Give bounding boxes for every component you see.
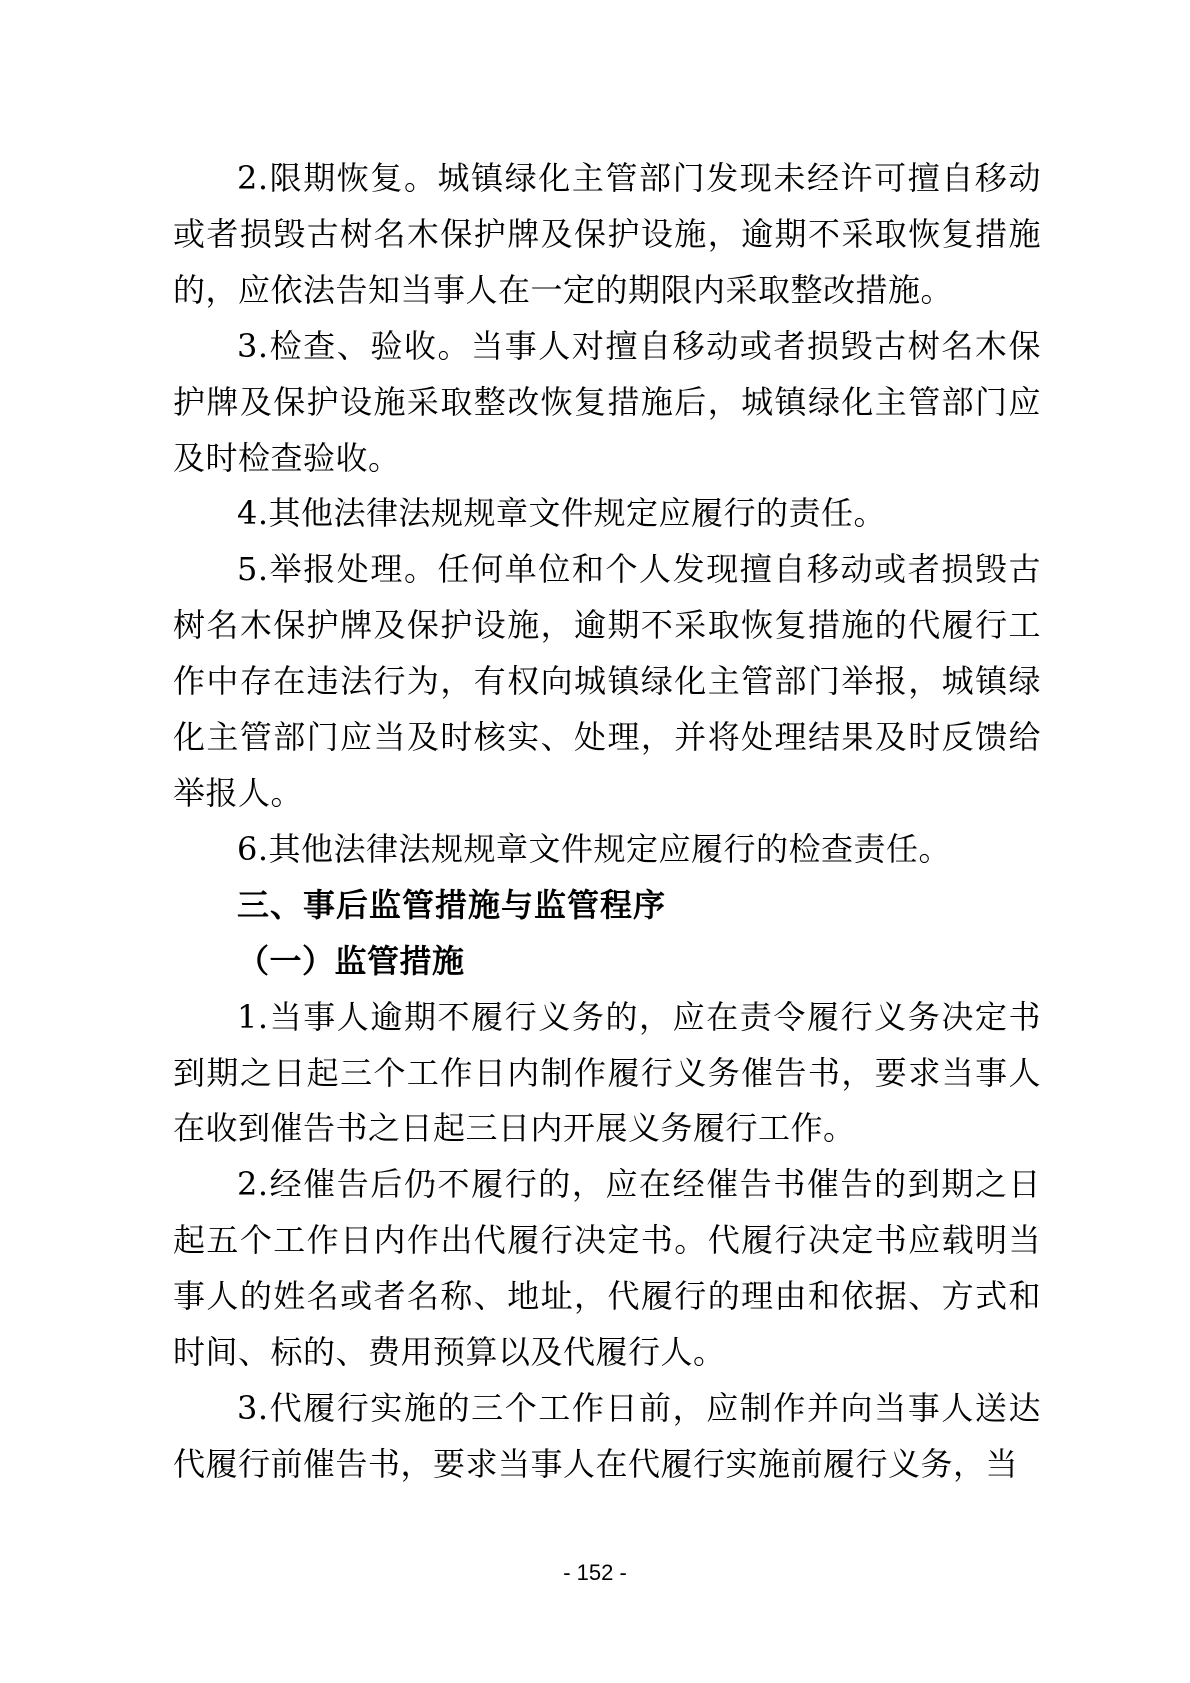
paragraph-6-other-inspection-duties: 6.其他法律法规规章文件规定应履行的检查责任。: [173, 822, 1041, 878]
subsection-heading-supervision-measures: （一）监管措施: [173, 934, 1041, 990]
paragraph-3-pre-performance-notice: 3.代履行实施的三个工作日前，应制作并向当事人送达代履行前催告书，要求当事人在代…: [173, 1381, 1041, 1493]
paragraph-4-other-duties: 4.其他法律法规规章文件规定应履行的责任。: [173, 486, 1041, 542]
paragraph-1-overdue-obligation: 1.当事人逾期不履行义务的，应在责令履行义务决定书到期之日起三个工作日内制作履行…: [173, 990, 1041, 1158]
page-number: - 152 -: [0, 1560, 1190, 1586]
paragraph-2-restore-deadline: 2.限期恢复。城镇绿化主管部门发现未经许可擅自移动或者损毁古树名木保护牌及保护设…: [173, 151, 1041, 319]
paragraph-2-substitute-performance-decision: 2.经催告后仍不履行的，应在经催告书催告的到期之日起五个工作日内作出代履行决定书…: [173, 1157, 1041, 1381]
paragraph-3-inspect-accept: 3.检查、验收。当事人对擅自移动或者损毁古树名木保护牌及保护设施采取整改恢复措施…: [173, 319, 1041, 487]
paragraph-5-report-handling: 5.举报处理。任何单位和个人发现擅自移动或者损毁古树名木保护牌及保护设施，逾期不…: [173, 542, 1041, 822]
document-body: 2.限期恢复。城镇绿化主管部门发现未经许可擅自移动或者损毁古树名木保护牌及保护设…: [173, 151, 1041, 1493]
document-page: 2.限期恢复。城镇绿化主管部门发现未经许可擅自移动或者损毁古树名木保护牌及保护设…: [0, 0, 1190, 1683]
section-heading-post-supervision: 三、事后监管措施与监管程序: [173, 878, 1041, 934]
